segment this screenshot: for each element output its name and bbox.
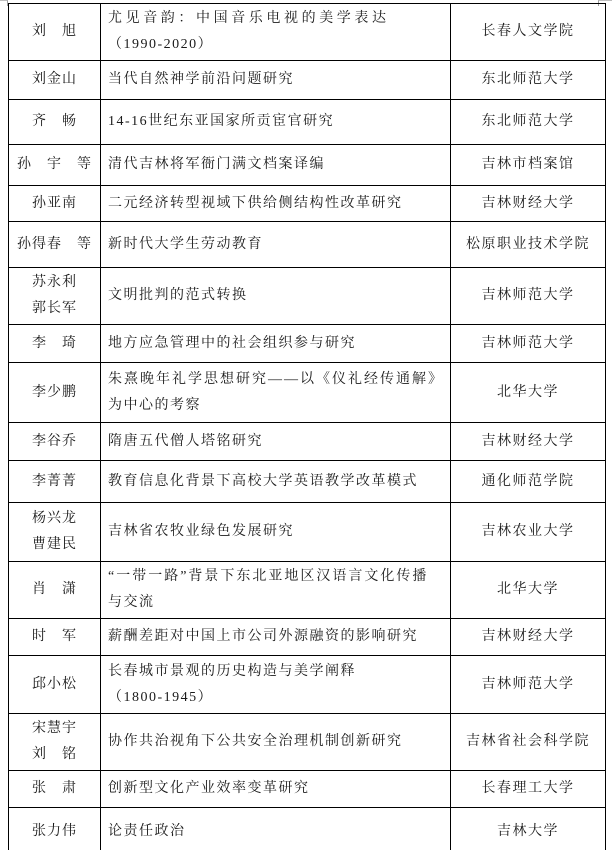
- author-cell-text: 刘金山: [12, 67, 97, 93]
- author-cell-text: 郭长军: [12, 296, 97, 322]
- project-title-cell-text: 协作共治视角下公共安全治理机制创新研究: [108, 729, 446, 755]
- author-cell: 张 肃: [9, 771, 101, 808]
- author-cell: 李谷乔: [9, 423, 101, 461]
- author-cell: 苏永利郭长军: [9, 268, 101, 325]
- table-row: 宋慧宇刘 铭协作共治视角下公共安全治理机制创新研究吉林省社会科学院: [9, 714, 606, 771]
- author-cell: 齐 畅: [9, 100, 101, 145]
- author-cell: 刘 旭: [9, 4, 101, 61]
- institution-cell: 松原职业技术学院: [451, 222, 606, 268]
- table-row: 齐 畅14-16世纪东亚国家所贡宦官研究东北师范大学: [9, 100, 606, 145]
- author-cell: 杨兴龙曹建民: [9, 503, 101, 562]
- author-cell-text: 张力伟: [12, 819, 97, 845]
- institution-cell: 北华大学: [451, 562, 606, 619]
- project-title-cell: 薪酬差距对中国上市公司外源融资的影响研究: [101, 619, 451, 656]
- institution-cell: 吉林财经大学: [451, 423, 606, 461]
- institution-cell: 长春理工大学: [451, 771, 606, 808]
- table-row: 刘金山当代自然神学前沿问题研究东北师范大学: [9, 61, 606, 100]
- institution-cell-text: 吉林师范大学: [454, 286, 602, 306]
- project-title-cell: 朱熹晚年礼学思想研究——以《仪礼经传通解》为中心的考察: [101, 363, 451, 423]
- project-title-cell: 尤见音韵：中国音乐电视的美学表达（1990-2020）: [101, 4, 451, 61]
- project-title-cell-text: 文明批判的范式转换: [108, 283, 446, 309]
- project-title-cell-text: （1800-1945）: [108, 685, 446, 711]
- table-body: 刘 旭尤见音韵：中国音乐电视的美学表达（1990-2020）长春人文学院刘金山当…: [9, 4, 606, 850]
- project-title-cell-text: 教育信息化背景下高校大学英语教学改革模式: [108, 469, 446, 495]
- institution-cell-text: 东北师范大学: [454, 70, 602, 90]
- project-title-cell: 隋唐五代僧人塔铭研究: [101, 423, 451, 461]
- project-title-cell: 文明批判的范式转换: [101, 268, 451, 325]
- institution-cell: 吉林市档案馆: [451, 145, 606, 186]
- institution-cell: 吉林财经大学: [451, 619, 606, 656]
- institution-cell-text: 吉林财经大学: [454, 627, 602, 647]
- project-title-cell-text: 新时代大学生劳动教育: [108, 232, 446, 258]
- project-title-cell: 协作共治视角下公共安全治理机制创新研究: [101, 714, 451, 771]
- author-cell: 李菁菁: [9, 461, 101, 503]
- table-row: 孙亚南二元经济转型视域下供给侧结构性改革研究吉林财经大学: [9, 186, 606, 222]
- institution-cell-text: 吉林省社会科学院: [454, 732, 602, 752]
- project-title-cell-text: 地方应急管理中的社会组织参与研究: [108, 331, 446, 357]
- author-cell-text: 张 肃: [12, 776, 97, 802]
- institution-cell: 吉林财经大学: [451, 186, 606, 222]
- project-title-cell-text: 清代吉林将军衙门满文档案译编: [108, 152, 446, 178]
- author-cell-text: 宋慧宇: [12, 716, 97, 742]
- table-row: 孙得春 等新时代大学生劳动教育松原职业技术学院: [9, 222, 606, 268]
- author-cell-text: 邱小松: [12, 672, 97, 698]
- institution-cell: 长春人文学院: [451, 4, 606, 61]
- institution-cell-text: 松原职业技术学院: [454, 235, 602, 255]
- table-row: 张 肃创新型文化产业效率变革研究长春理工大学: [9, 771, 606, 808]
- author-cell-text: 肖 潇: [12, 577, 97, 603]
- author-cell-text: 李谷乔: [12, 429, 97, 455]
- project-title-cell: 地方应急管理中的社会组织参与研究: [101, 325, 451, 363]
- author-cell-text: 李 琦: [12, 331, 97, 357]
- author-cell-text: 孙 宇 等: [12, 152, 97, 178]
- author-cell: 孙 宇 等: [9, 145, 101, 186]
- author-cell: 时 军: [9, 619, 101, 656]
- projects-table: 刘 旭尤见音韵：中国音乐电视的美学表达（1990-2020）长春人文学院刘金山当…: [8, 3, 606, 850]
- author-cell: 李少鹏: [9, 363, 101, 423]
- institution-cell-text: 北华大学: [454, 383, 602, 403]
- author-cell-text: 李少鹏: [12, 380, 97, 406]
- table-row: 杨兴龙曹建民吉林省农牧业绿色发展研究吉林农业大学: [9, 503, 606, 562]
- author-cell: 肖 潇: [9, 562, 101, 619]
- author-cell: 张力伟: [9, 808, 101, 850]
- project-title-cell-text: （1990-2020）: [108, 32, 446, 58]
- institution-cell: 东北师范大学: [451, 61, 606, 100]
- institution-cell-text: 吉林师范大学: [454, 334, 602, 354]
- institution-cell: 吉林师范大学: [451, 325, 606, 363]
- project-title-cell-text: 论责任政治: [108, 819, 446, 845]
- institution-cell-text: 北华大学: [454, 580, 602, 600]
- project-title-cell: 清代吉林将军衙门满文档案译编: [101, 145, 451, 186]
- project-title-cell: 二元经济转型视域下供给侧结构性改革研究: [101, 186, 451, 222]
- project-title-cell-text: 尤见音韵：中国音乐电视的美学表达: [108, 6, 446, 32]
- project-title-cell: 吉林省农牧业绿色发展研究: [101, 503, 451, 562]
- table-row: 李 琦地方应急管理中的社会组织参与研究吉林师范大学: [9, 325, 606, 363]
- project-title-cell-text: 长春城市景观的历史构造与美学阐释: [108, 659, 446, 685]
- table-row: 苏永利郭长军文明批判的范式转换吉林师范大学: [9, 268, 606, 325]
- institution-cell: 吉林省社会科学院: [451, 714, 606, 771]
- institution-cell: 吉林师范大学: [451, 656, 606, 714]
- institution-cell: 北华大学: [451, 363, 606, 423]
- project-title-cell-text: 薪酬差距对中国上市公司外源融资的影响研究: [108, 624, 446, 650]
- project-title-cell: 论责任政治: [101, 808, 451, 850]
- project-title-cell: 当代自然神学前沿问题研究: [101, 61, 451, 100]
- author-cell-text: 齐 畅: [12, 109, 97, 135]
- project-title-cell-text: 当代自然神学前沿问题研究: [108, 67, 446, 93]
- institution-cell-text: 东北师范大学: [454, 112, 602, 132]
- project-title-cell: “一带一路”背景下东北亚地区汉语言文化传播与交流: [101, 562, 451, 619]
- institution-cell-text: 吉林农业大学: [454, 522, 602, 542]
- institution-cell-text: 吉林财经大学: [454, 194, 602, 214]
- project-title-cell: 长春城市景观的历史构造与美学阐释（1800-1945）: [101, 656, 451, 714]
- institution-cell-text: 吉林大学: [454, 822, 602, 842]
- project-title-cell: 14-16世纪东亚国家所贡宦官研究: [101, 100, 451, 145]
- author-cell: 孙亚南: [9, 186, 101, 222]
- project-title-cell-text: 与交流: [108, 590, 446, 616]
- table-row: 时 军薪酬差距对中国上市公司外源融资的影响研究吉林财经大学: [9, 619, 606, 656]
- project-title-cell-text: 为中心的考察: [108, 393, 446, 419]
- project-title-cell-text: 14-16世纪东亚国家所贡宦官研究: [108, 109, 446, 135]
- institution-cell: 通化师范学院: [451, 461, 606, 503]
- author-cell-text: 苏永利: [12, 270, 97, 296]
- table-row: 李少鹏朱熹晚年礼学思想研究——以《仪礼经传通解》为中心的考察北华大学: [9, 363, 606, 423]
- institution-cell-text: 吉林师范大学: [454, 675, 602, 695]
- author-cell-text: 李菁菁: [12, 469, 97, 495]
- author-cell-text: 时 军: [12, 624, 97, 650]
- institution-cell: 吉林师范大学: [451, 268, 606, 325]
- page-edge-artifact-left: [0, 0, 8, 6]
- table-row: 张力伟论责任政治吉林大学: [9, 808, 606, 850]
- table-row: 李菁菁教育信息化背景下高校大学英语教学改革模式通化师范学院: [9, 461, 606, 503]
- table-row: 刘 旭尤见音韵：中国音乐电视的美学表达（1990-2020）长春人文学院: [9, 4, 606, 61]
- project-title-cell-text: 朱熹晚年礼学思想研究——以《仪礼经传通解》: [108, 367, 446, 393]
- institution-cell-text: 吉林财经大学: [454, 432, 602, 452]
- author-cell: 刘金山: [9, 61, 101, 100]
- institution-cell-text: 长春人文学院: [454, 22, 602, 42]
- project-title-cell: 教育信息化背景下高校大学英语教学改革模式: [101, 461, 451, 503]
- table-row: 孙 宇 等清代吉林将军衙门满文档案译编吉林市档案馆: [9, 145, 606, 186]
- project-title-cell-text: 创新型文化产业效率变革研究: [108, 776, 446, 802]
- author-cell-text: 杨兴龙: [12, 506, 97, 532]
- institution-cell: 吉林农业大学: [451, 503, 606, 562]
- table-row: 邱小松长春城市景观的历史构造与美学阐释（1800-1945）吉林师范大学: [9, 656, 606, 714]
- institution-cell: 吉林大学: [451, 808, 606, 850]
- project-title-cell-text: 吉林省农牧业绿色发展研究: [108, 519, 446, 545]
- institution-cell-text: 长春理工大学: [454, 779, 602, 799]
- author-cell-text: 孙亚南: [12, 191, 97, 217]
- author-cell-text: 刘 旭: [12, 19, 97, 45]
- author-cell-text: 刘 铭: [12, 742, 97, 768]
- author-cell: 宋慧宇刘 铭: [9, 714, 101, 771]
- institution-cell-text: 通化师范学院: [454, 472, 602, 492]
- institution-cell-text: 吉林市档案馆: [454, 155, 602, 175]
- author-cell-text: 孙得春 等: [12, 232, 97, 258]
- project-title-cell: 新时代大学生劳动教育: [101, 222, 451, 268]
- table-row: 李谷乔隋唐五代僧人塔铭研究吉林财经大学: [9, 423, 606, 461]
- institution-cell: 东北师范大学: [451, 100, 606, 145]
- author-cell-text: 曹建民: [12, 532, 97, 558]
- table-row: 肖 潇“一带一路”背景下东北亚地区汉语言文化传播与交流北华大学: [9, 562, 606, 619]
- author-cell: 李 琦: [9, 325, 101, 363]
- author-cell: 孙得春 等: [9, 222, 101, 268]
- project-title-cell-text: 隋唐五代僧人塔铭研究: [108, 429, 446, 455]
- project-title-cell-text: “一带一路”背景下东北亚地区汉语言文化传播: [108, 564, 446, 590]
- author-cell: 邱小松: [9, 656, 101, 714]
- project-title-cell-text: 二元经济转型视域下供给侧结构性改革研究: [108, 191, 446, 217]
- project-title-cell: 创新型文化产业效率变革研究: [101, 771, 451, 808]
